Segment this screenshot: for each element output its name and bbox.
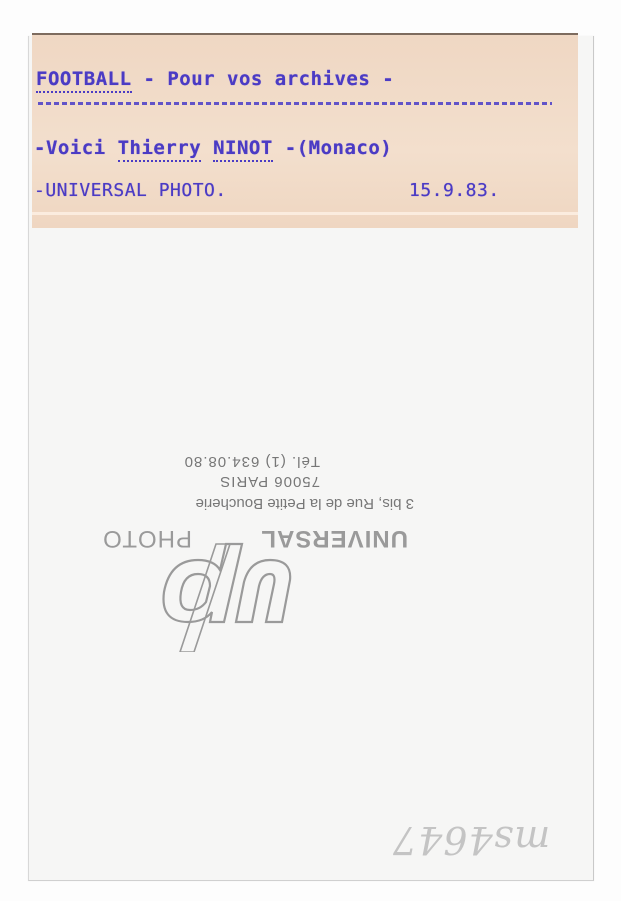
handwritten-archive-code: ms4647 xyxy=(392,818,550,862)
agency-stamp: UNIVERSAL PHOTO 3 bis, Rue de la Petite … xyxy=(80,432,420,652)
stamp-telephone: Tél. (1) 634.08.80 xyxy=(0,453,320,470)
sport-heading: FOOTBALL xyxy=(36,68,132,93)
caption-archive-note: - Pour vos archives - xyxy=(132,68,395,90)
subject-last-name: NINOT xyxy=(213,137,273,162)
subject-first-name: Thierry xyxy=(118,137,202,162)
stamp-postal-city: 75006 PARIS xyxy=(0,473,320,490)
caption-line-title: FOOTBALL - Pour vos archives - xyxy=(36,68,394,90)
agency-credit: -UNIVERSAL PHOTO. xyxy=(34,180,227,201)
spacer xyxy=(201,137,213,159)
subject-prefix: -Voici xyxy=(34,137,118,159)
stamp-street-address: 3 bis, Rue de la Petite Boucherie xyxy=(74,495,414,512)
up-logo-icon xyxy=(152,542,302,652)
caption-date: 15.9.83. xyxy=(409,180,500,201)
stamp-brand: UNIVERSAL PHOTO xyxy=(80,522,420,552)
typed-dash-separator xyxy=(38,102,552,105)
stamp-brand-universal: UNIVERSAL xyxy=(260,524,408,552)
subject-club: -(Monaco) xyxy=(273,137,392,159)
label-fold-line xyxy=(32,212,578,215)
caption-line-credit: -UNIVERSAL PHOTO.15.9.83. xyxy=(34,180,227,201)
stamp-brand-photo: PHOTO xyxy=(102,524,192,552)
caption-line-subject: -Voici Thierry NINOT -(Monaco) xyxy=(34,137,392,159)
